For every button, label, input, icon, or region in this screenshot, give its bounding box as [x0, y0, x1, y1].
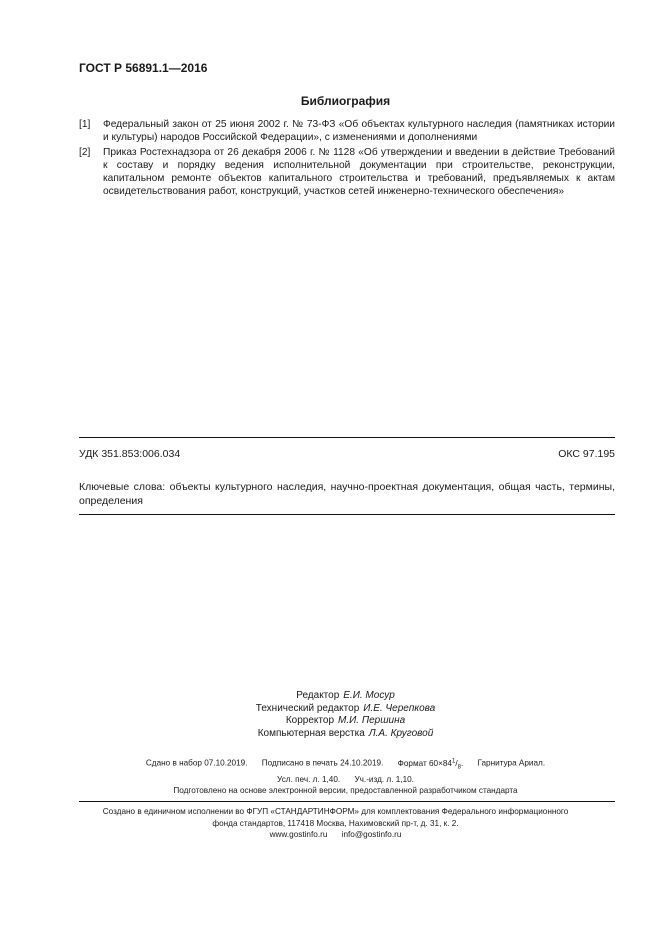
divider-top	[79, 437, 615, 438]
publication-line-1: Сдано в набор 07.10.2019. Подписано в пе…	[30, 756, 661, 774]
entry-number: [1]	[79, 118, 90, 131]
credit-line: КорректорМ.И. Першина	[30, 715, 661, 728]
publication-info: Сдано в набор 07.10.2019. Подписано в пе…	[0, 756, 661, 797]
credit-name: Е.И. Мосур	[343, 690, 395, 701]
publication-line-2: Усл. печ. л. 1,40. Уч.-изд. л. 1,10.	[30, 774, 661, 786]
format: Формат 60×841/8.	[398, 759, 464, 768]
document-code: ГОСТ Р 56891.1—2016	[79, 61, 207, 75]
credit-role: Компьютерная верстка	[258, 728, 365, 739]
typeset-date: Сдано в набор 07.10.2019.	[146, 759, 248, 768]
website-link[interactable]: www.gostinfo.ru	[270, 830, 328, 839]
signed-date: Подписано в печать 24.10.2019.	[262, 759, 384, 768]
email-link[interactable]: info@gostinfo.ru	[342, 830, 402, 839]
footer-contacts: www.gostinfo.ru info@gostinfo.ru	[10, 829, 661, 841]
divider-bottom	[79, 514, 615, 515]
format-sup: 1	[452, 758, 455, 764]
format-suffix: .	[461, 759, 463, 768]
credit-name: М.И. Першина	[338, 715, 405, 726]
print-sheets: Усл. печ. л. 1,40.	[277, 775, 340, 784]
section-title: Библиография	[0, 94, 661, 108]
typeface: Гарнитура Ариал.	[478, 759, 546, 768]
publication-sheets: Уч.-изд. л. 1,10.	[354, 775, 413, 784]
footer-line-2: фонда стандартов, 117418 Москва, Нахимов…	[10, 818, 661, 830]
credit-name: Л.А. Круговой	[369, 728, 434, 739]
footer-line-1: Создано в единичном исполнении во ФГУП «…	[10, 806, 661, 818]
entry-text: Приказ Ростехнадзора от 26 декабря 2006 …	[103, 146, 615, 198]
prepared-note: Подготовлено на основе электронной верси…	[30, 785, 661, 797]
bibliography-entry: [1] Федеральный закон от 25 июня 2002 г.…	[79, 118, 615, 144]
entry-text: Федеральный закон от 25 июня 2002 г. № 7…	[103, 118, 615, 144]
credit-role: Редактор	[296, 690, 339, 701]
divider-footer	[79, 801, 615, 802]
credit-role: Технический редактор	[256, 703, 359, 714]
credit-name: И.Е. Черепкова	[363, 703, 435, 714]
udk-code: УДК 351.853:006.034	[79, 448, 180, 460]
credit-line: Технический редакторИ.Е. Черепкова	[30, 703, 661, 716]
footer: Создано в единичном исполнении во ФГУП «…	[0, 806, 661, 841]
keywords: Ключевые слова: объекты культурного насл…	[79, 480, 615, 508]
credit-line: Компьютерная версткаЛ.А. Круговой	[30, 728, 661, 741]
bibliography-entry: [2] Приказ Ростехнадзора от 26 декабря 2…	[79, 146, 615, 198]
credits-block: РедакторЕ.И. Мосур Технический редакторИ…	[0, 690, 661, 740]
credit-role: Корректор	[286, 715, 334, 726]
credit-line: РедакторЕ.И. Мосур	[30, 690, 661, 703]
oks-code: ОКС 97.195	[558, 448, 615, 460]
entry-number: [2]	[79, 146, 90, 159]
format-prefix: Формат 60×84	[398, 759, 452, 768]
